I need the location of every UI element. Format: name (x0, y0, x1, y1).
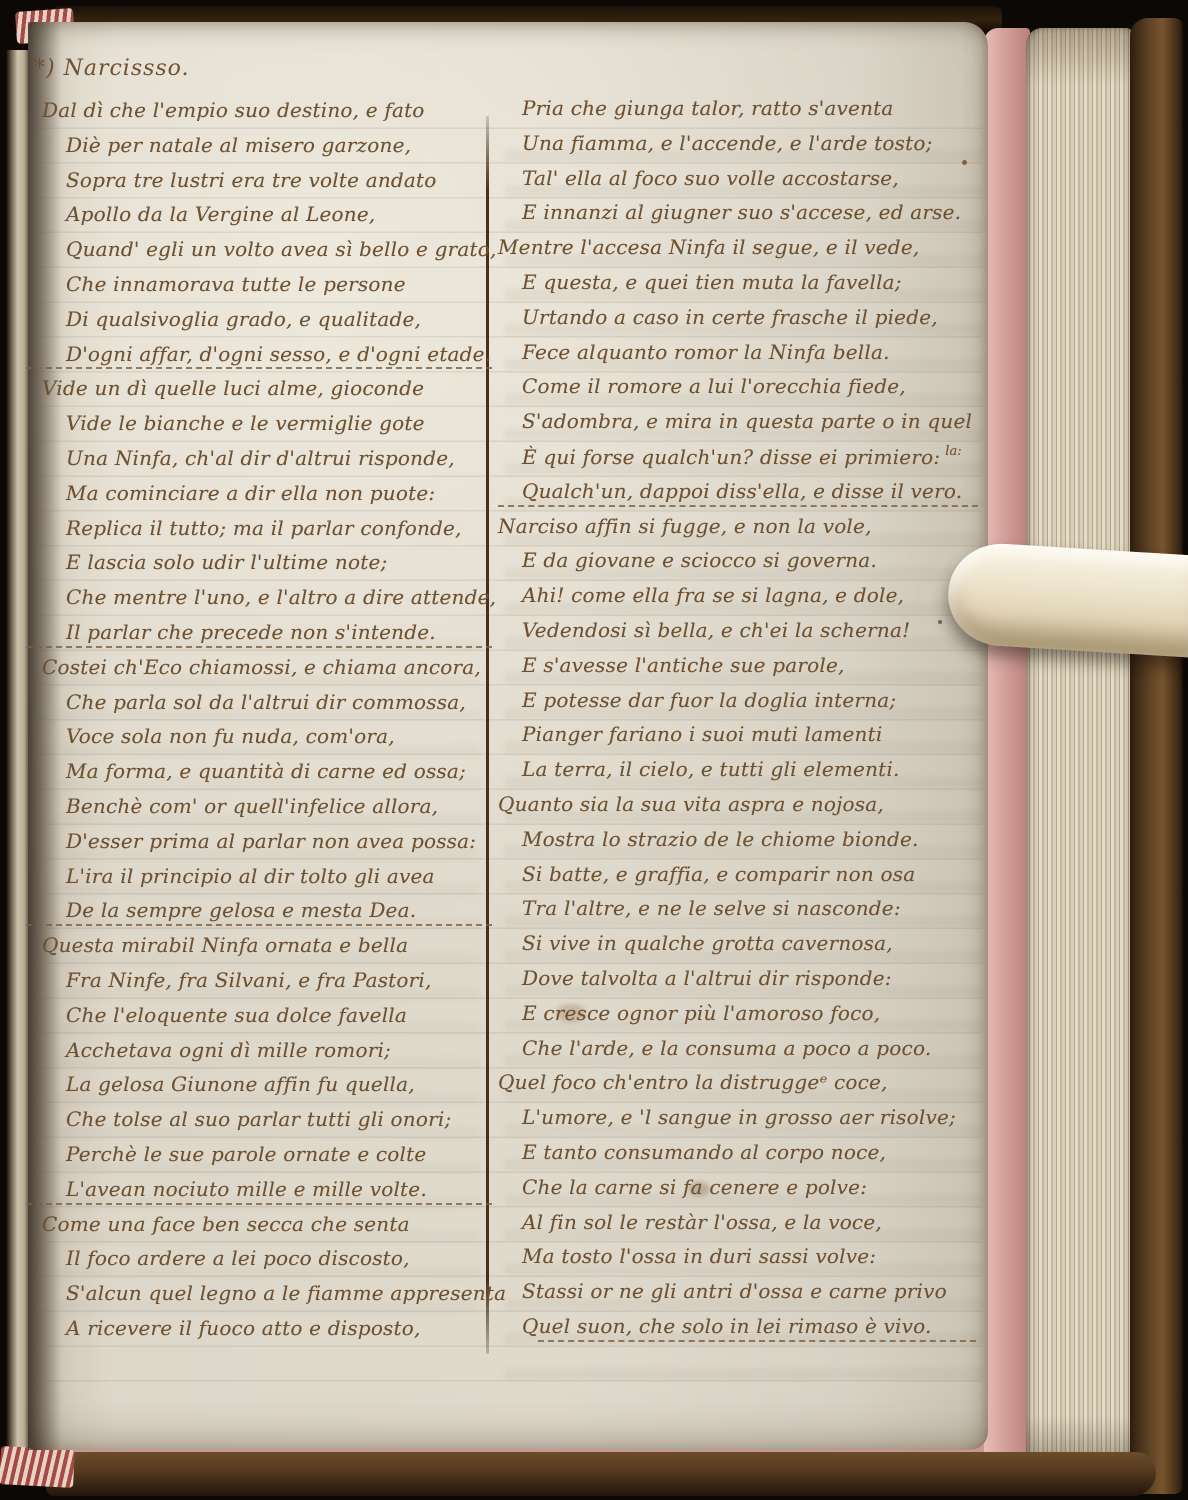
verse-line: È qui forse qualch'un? disse ei primiero… (498, 444, 990, 479)
verse-line: Fra Ninfe, fra Silvani, e fra Pastori, (42, 968, 490, 1003)
bone-page-turner (945, 541, 1188, 658)
verse-line: Quanto sia la sua vita aspra e nojosa, (498, 792, 990, 827)
verse-line: E cresce ognor più l'amoroso foco, (498, 1001, 990, 1036)
verse-line: La terra, il cielo, e tutti gli elementi… (498, 757, 990, 792)
verse-column-left: Dal dì che l'empio suo destino, e fatoDi… (42, 98, 490, 1351)
interlinear-correction: la: (945, 444, 961, 459)
verse-line: Fece alquanto romor la Ninfa bella. (498, 340, 990, 375)
verse-line: Al fin sol le restàr l'ossa, e la voce, (498, 1210, 990, 1245)
verse-line: E tanto consumando al corpo noce, (498, 1140, 990, 1175)
stanza-separator (26, 1203, 492, 1205)
verse-line: Come il romore a lui l'orecchia fiede, (498, 374, 990, 409)
verse-line: Voce sola non fu nuda, com'ora, (42, 724, 490, 759)
verse-line: Ma tosto l'ossa in duri sassi volve: (498, 1244, 990, 1279)
verse-line: L'umore, e 'l sangue in grosso aer risol… (498, 1105, 990, 1140)
verse-line: Vedendosi sì bella, e ch'ei la scherna! (498, 618, 990, 653)
verse-line: E questa, e quei tien muta la favella; (498, 270, 990, 305)
verse-line: Come una face ben secca che senta (42, 1212, 490, 1247)
verse-line: Perchè le sue parole ornate e colte (42, 1142, 490, 1177)
verse-line: Ma forma, e quantità di carne ed ossa; (42, 759, 490, 794)
tailband (0, 1446, 75, 1488)
verse-line: Quand' egli un volto avea sì bello e gra… (42, 237, 490, 272)
verse-line: Benchè com' or quell'infelice allora, (42, 794, 490, 829)
verse-line: Tal' ella al foco suo volle accostarse, (498, 166, 990, 201)
verse-line: L'avean nociuto mille e mille volte. (42, 1177, 490, 1212)
verse-line: Quel suon, che solo in lei rimaso è vivo… (498, 1314, 990, 1349)
verse-line: Pria che giunga talor, ratto s'aventa (498, 96, 990, 131)
verse-line: Ma cominciare a dir ella non puote: (42, 481, 490, 516)
verse-line: Pianger fariano i suoi muti lamenti (498, 722, 990, 757)
verse-line: Di qualsivoglia grado, e qualitade, (42, 307, 490, 342)
stanza-separator (498, 505, 978, 507)
manuscript-photo: *) Narcissso. Dal dì che l'empio suo des… (0, 0, 1188, 1500)
verse-line: Sopra tre lustri era tre volte andato (42, 168, 490, 203)
verse-line: Che l'arde, e la consuma a poco a poco. (498, 1036, 990, 1071)
leather-cover-right (1130, 18, 1184, 1494)
verse-line: Mostra lo strazio de le chiome bionde. (498, 827, 990, 862)
verse-line: E potesse dar fuor la doglia interna; (498, 688, 990, 723)
verse-line: Diè per natale al misero garzone, (42, 133, 490, 168)
verse-line: Dove talvolta a l'altrui dir risponde: (498, 966, 990, 1001)
verse-line: De la sempre gelosa e mesta Dea. (42, 898, 490, 933)
verse-line: D'ogni affar, d'ogni sesso, e d'ogni eta… (42, 342, 490, 377)
verse-line: S'adombra, e mira in questa parte o in q… (498, 409, 990, 444)
verse-line: L'ira il principio al dir tolto gli avea (42, 864, 490, 899)
verse-line: E s'avesse l'antiche sue parole, (498, 653, 990, 688)
verse-line: Tra l'altre, e ne le selve si nasconde: (498, 896, 990, 931)
verse-line: Costei ch'Eco chiamossi, e chiama ancora… (42, 655, 490, 690)
stanza-separator (26, 367, 492, 369)
verse-line: Dal dì che l'empio suo destino, e fato (42, 98, 490, 133)
verse-line: Stassi or ne gli antri d'ossa e carne pr… (498, 1279, 990, 1314)
verse-line: S'alcun quel legno a le fiamme appresent… (42, 1281, 490, 1316)
verse-line: La gelosa Giunone affin fu quella, (42, 1072, 490, 1107)
verse-line: Si batte, e graffia, e comparir non osa (498, 862, 990, 897)
verse-line: Questa mirabil Ninfa ornata e bella (42, 933, 490, 968)
verse-line: Si vive in qualche grotta cavernosa, (498, 931, 990, 966)
stanza-separator (538, 1340, 976, 1342)
verse-line: Che parla sol da l'altrui dir commossa, (42, 690, 490, 725)
verse-line: Che innamorava tutte le persone (42, 272, 490, 307)
leather-cover-bottom (46, 1452, 1156, 1496)
verse-line: D'esser prima al parlar non avea possa: (42, 829, 490, 864)
verse-line: Il foco ardere a lei poco discosto, (42, 1246, 490, 1281)
verse-line: Che l'eloquente sua dolce favella (42, 1003, 490, 1038)
poem-title: *) Narcissso. (34, 56, 190, 81)
verse-line: Vide un dì quelle luci alme, gioconde (42, 376, 490, 411)
verse-line: Il parlar che precede non s'intende. (42, 620, 490, 655)
verse-line: Ahi! come ella fra se si lagna, e dole, (498, 583, 990, 618)
verse-line: Replica il tutto; ma il parlar confonde, (42, 516, 490, 551)
verse-line: Vide le bianche e le vermiglie gote (42, 411, 490, 446)
verse-line: Una Ninfa, ch'al dir d'altrui risponde, (42, 446, 490, 481)
verse-line: E lascia solo udir l'ultime note; (42, 550, 490, 585)
verse-line: Che la carne si fa cenere e polve: (498, 1175, 990, 1210)
verse-line: Che tolse al suo parlar tutti gli onori; (42, 1107, 490, 1142)
verse-column-right: Pria che giunga talor, ratto s'aventaUna… (498, 96, 990, 1349)
verse-line: Apollo da la Vergine al Leone, (42, 202, 490, 237)
verse-line: Una fiamma, e l'accende, e l'arde tosto; (498, 131, 990, 166)
verse-line: Mentre l'accesa Ninfa il segue, e il ved… (498, 235, 990, 270)
verse-line: E innanzi al giugner suo s'accese, ed ar… (498, 200, 990, 235)
stanza-separator (26, 646, 492, 648)
verse-line: Acchetava ogni dì mille romori; (42, 1038, 490, 1073)
verse-line: Qualch'un, dappoi diss'ella, e disse il … (498, 479, 990, 514)
fore-edge-page-stack (1026, 28, 1134, 1474)
pink-endpaper-right (984, 28, 1030, 1464)
verse-line: Narciso affin si fugge, e non la vole, (498, 514, 990, 549)
verse-line: Urtando a caso in certe frasche il piede… (498, 305, 990, 340)
verse-line: E da giovane e sciocco si governa. (498, 548, 990, 583)
stanza-separator (26, 924, 492, 926)
verse-line: A ricevere il fuoco atto e disposto, (42, 1316, 490, 1351)
verse-line: Che mentre l'uno, e l'altro a dire atten… (42, 585, 490, 620)
verse-line: Quel foco ch'entro la distruggeᵉ coce, (498, 1070, 990, 1105)
